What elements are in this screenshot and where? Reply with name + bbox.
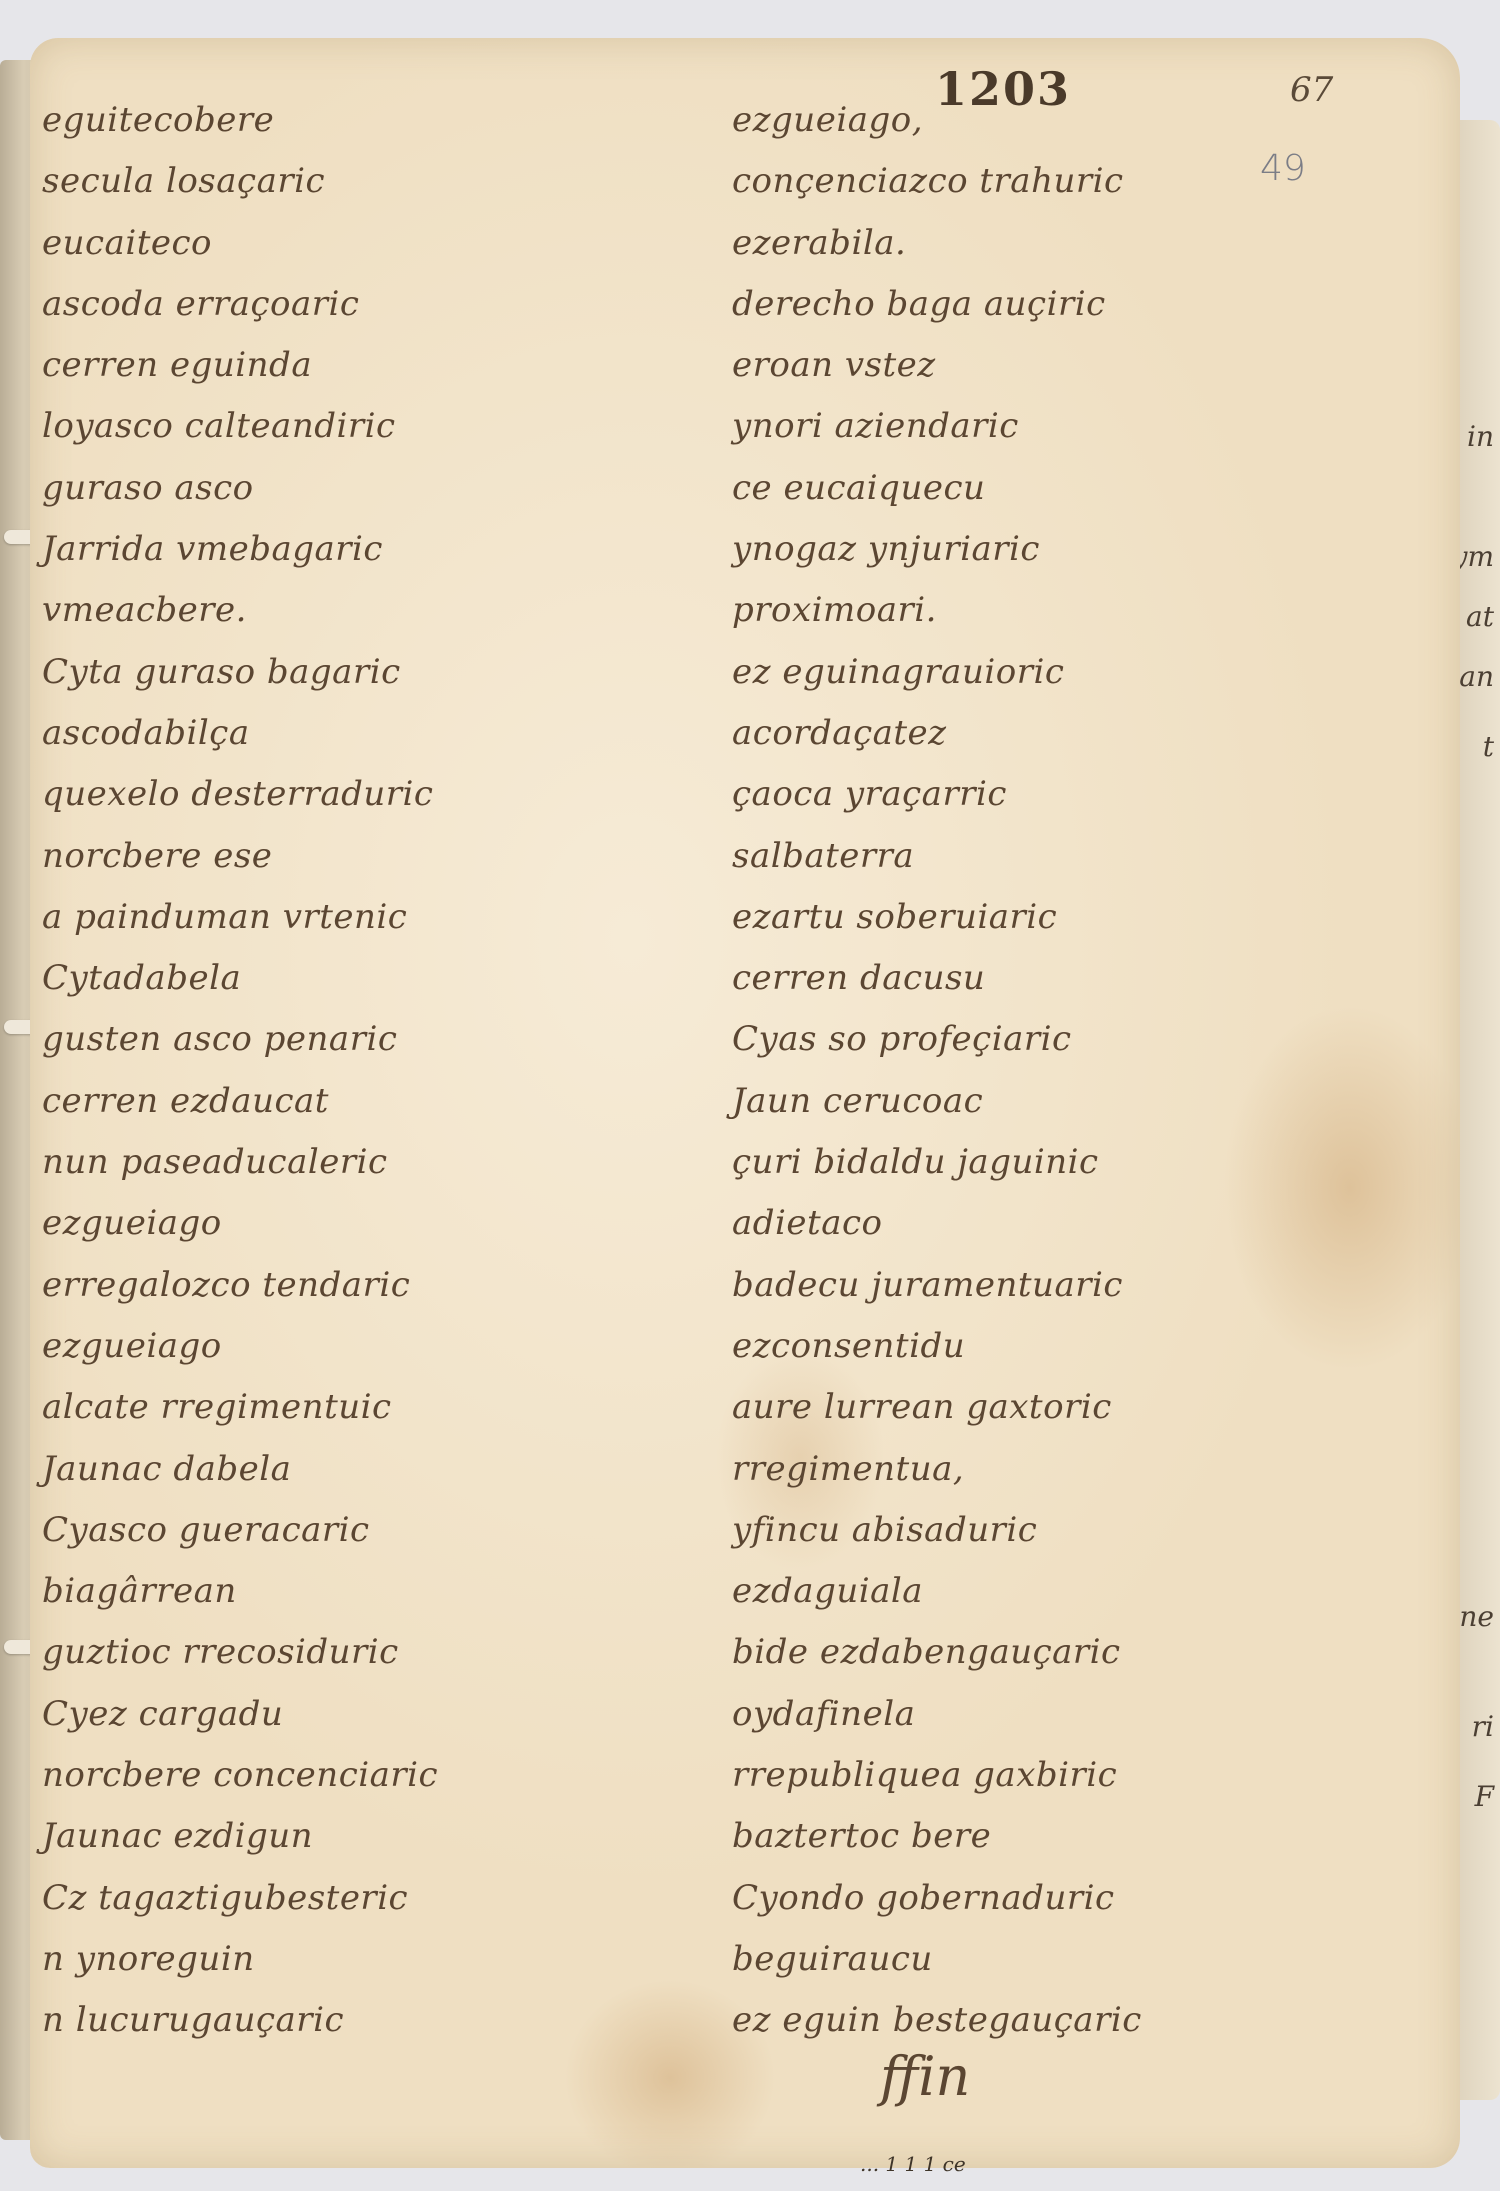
manuscript-line: Jaunac dabela (42, 1439, 438, 1500)
margin-fragment: F (1475, 1780, 1494, 1813)
manuscript-line: oydafinela (732, 1684, 1142, 1745)
manuscript-line: eguitecobere (42, 90, 438, 151)
manuscript-line: proximoari. (732, 580, 1142, 641)
manuscript-line: conçenciazco trahuric (732, 151, 1142, 212)
margin-fragment: t (1483, 730, 1494, 763)
manuscript-line: Jaun cerucoac (732, 1071, 1142, 1132)
manuscript-line: ezgueiago, (732, 90, 1142, 151)
manuscript-line: ascoda erraçoaric (42, 274, 438, 335)
manuscript-line: eroan vstez (732, 335, 1142, 396)
manuscript-line: ascodabilça (42, 703, 438, 764)
manuscript-line: rregimentua, (732, 1439, 1142, 1500)
manuscript-line: derecho baga auçiric (732, 274, 1142, 335)
manuscript-line: ezgueiago (42, 1193, 438, 1254)
left-text-column: eguitecoberesecula losaçariceucaitecoasc… (42, 90, 438, 2052)
manuscript-line: erregalozco tendaric (42, 1255, 438, 1316)
margin-fragment: ri (1472, 1710, 1494, 1743)
folio-number-pencil: 49 (1260, 148, 1306, 189)
manuscript-line: n lucurugauçaric (42, 1990, 438, 2051)
manuscript-line: ezartu soberuiaric (732, 887, 1142, 948)
manuscript-line: ez eguinagrauioric (732, 642, 1142, 703)
manuscript-line: Cyas so profeçiaric (732, 1009, 1142, 1070)
manuscript-line: cerren dacusu (732, 948, 1142, 1009)
right-text-column: ezgueiago,conçenciazco trahuricezerabila… (732, 90, 1142, 2052)
manuscript-line: alcate rregimentuic (42, 1377, 438, 1438)
manuscript-line: a painduman vrtenic (42, 887, 438, 948)
manuscript-line: norcbere ese (42, 826, 438, 887)
manuscript-line: ezerabila. (732, 213, 1142, 274)
manuscript-line: yfincu abisaduric (732, 1500, 1142, 1561)
manuscript-line: ezconsentidu (732, 1316, 1142, 1377)
manuscript-line: rrepubliquea gaxbiric (732, 1745, 1142, 1806)
margin-fragment: in (1467, 420, 1494, 453)
manuscript-line: biagârrean (42, 1561, 438, 1622)
manuscript-line: bide ezdabengauçaric (732, 1622, 1142, 1683)
manuscript-line: aure lurrean gaxtoric (732, 1377, 1142, 1438)
manuscript-scan: in ym at lan t ne ri F 1203 67 49 eguite… (0, 0, 1500, 2191)
manuscript-line: gusten asco penaric (42, 1009, 438, 1070)
manuscript-line: loyasco calteandiric (42, 396, 438, 457)
manuscript-line: Cyta guraso bagaric (42, 642, 438, 703)
manuscript-line: ynogaz ynjuriaric (732, 519, 1142, 580)
manuscript-line: secula losaçaric (42, 151, 438, 212)
manuscript-line: Cyasco gueracaric (42, 1500, 438, 1561)
manuscript-line: Cz tagaztigubesteric (42, 1868, 438, 1929)
manuscript-line: acordaçatez (732, 703, 1142, 764)
manuscript-line: quexelo desterraduric (42, 764, 438, 825)
manuscript-line: Jaunac ezdigun (42, 1806, 438, 1867)
manuscript-line: Cyez cargadu (42, 1684, 438, 1745)
manuscript-line: cerren ezdaucat (42, 1071, 438, 1132)
manuscript-line: Cyondo gobernaduric (732, 1868, 1142, 1929)
manuscript-line: eucaiteco (42, 213, 438, 274)
manuscript-line: ezdaguiala (732, 1561, 1142, 1622)
manuscript-line: ezgueiago (42, 1316, 438, 1377)
manuscript-line: ynori aziendaric (732, 396, 1142, 457)
manuscript-line: çaoca yraçarric (732, 764, 1142, 825)
manuscript-line: çuri bidaldu jaguinic (732, 1132, 1142, 1193)
manuscript-line: salbaterra (732, 826, 1142, 887)
manuscript-line: baztertoc bere (732, 1806, 1142, 1867)
manuscript-line: beguiraucu (732, 1929, 1142, 1990)
manuscript-line: guztioc rrecosiduric (42, 1622, 438, 1683)
margin-fragment: at (1466, 600, 1494, 633)
margin-fragment: ne (1459, 1600, 1494, 1633)
manuscript-line: badecu juramentuaric (732, 1255, 1142, 1316)
manuscript-line: n ynoreguin (42, 1929, 438, 1990)
manuscript-line: guraso asco (42, 458, 438, 519)
bottom-mark: ... 1 1 1 ce (860, 2152, 966, 2176)
manuscript-line: cerren eguinda (42, 335, 438, 396)
manuscript-line: ez eguin bestegauçaric (732, 1990, 1142, 2051)
closing-word: ffin (880, 2045, 970, 2108)
manuscript-line: vmeacbere. (42, 580, 438, 641)
manuscript-line: Cytadabela (42, 948, 438, 1009)
manuscript-line: Jarrida vmebagaric (42, 519, 438, 580)
manuscript-line: norcbere concenciaric (42, 1745, 438, 1806)
folio-number-ink: 67 (1290, 70, 1333, 110)
manuscript-line: ce eucaiquecu (732, 458, 1142, 519)
manuscript-line: adietaco (732, 1193, 1142, 1254)
manuscript-line: nun paseaducaleric (42, 1132, 438, 1193)
